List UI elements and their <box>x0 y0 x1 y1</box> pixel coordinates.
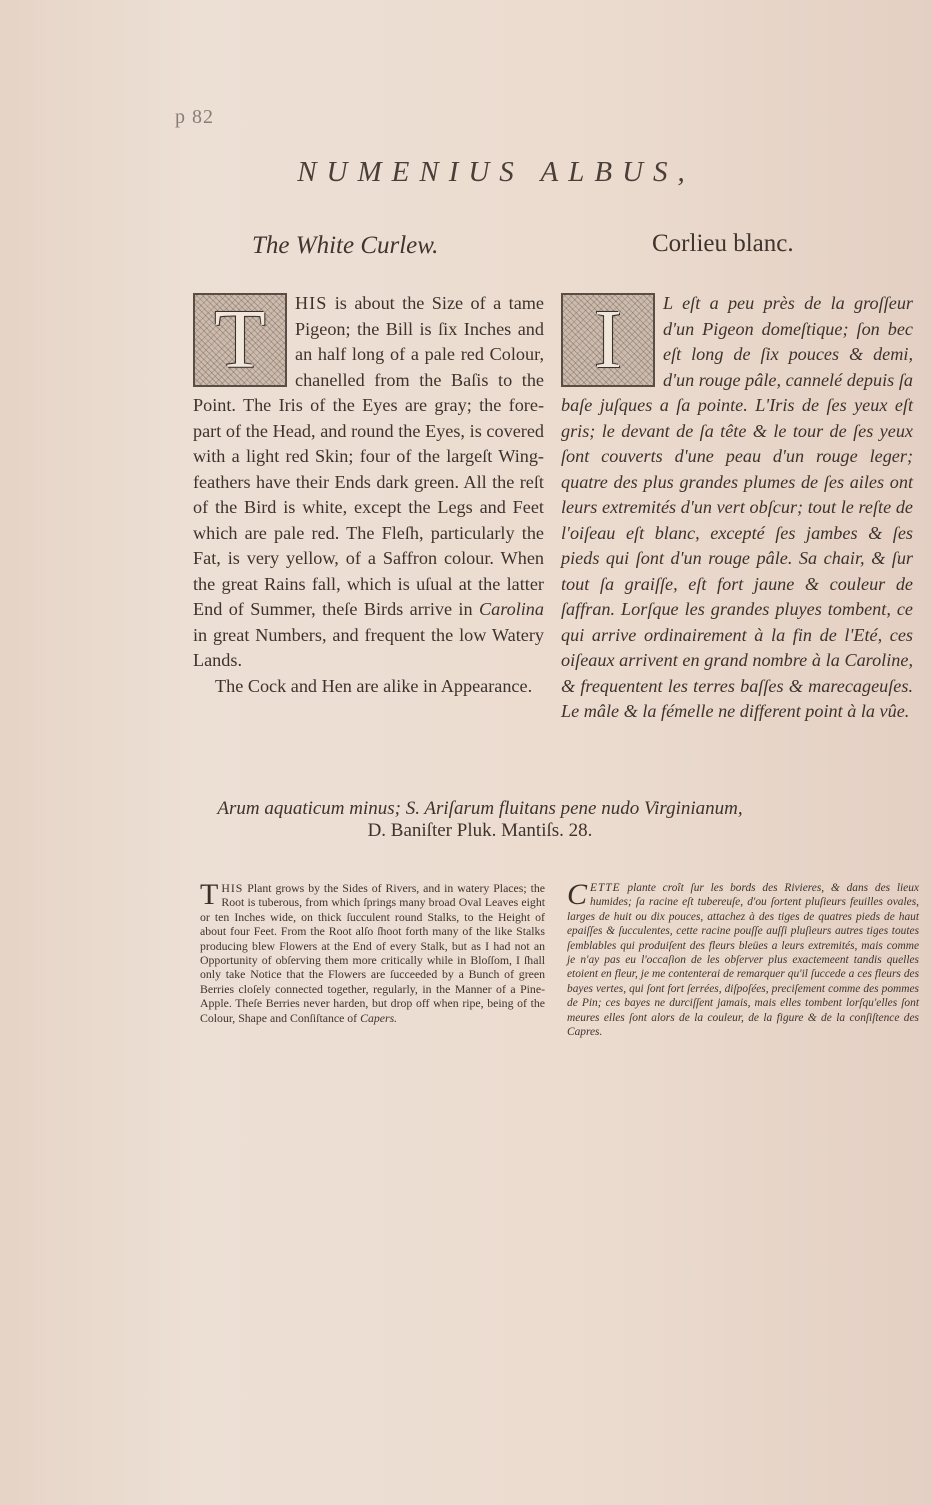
drop-cap-t: T <box>200 882 218 908</box>
bird-description-english: THIS is about the Size of a tame Pigeon;… <box>193 291 544 699</box>
plant-description-english: THIS Plant grows by the Sides of Rivers,… <box>200 881 545 1025</box>
bird-paragraph-2: The Cock and Hen are alike in Appearance… <box>193 674 544 700</box>
drop-cap-c: C <box>567 882 587 908</box>
bird-paragraph-french: IL eſt a peu près de la groſſeur d'un Pi… <box>561 291 913 725</box>
plant-text: Plant grows by the Sides of Rivers, and … <box>200 881 545 1025</box>
bird-description-french: IL eſt a peu près de la groſſeur d'un Pi… <box>561 291 913 725</box>
lead-word: HIS <box>295 293 327 313</box>
bird-text-end: in great Numbers, and frequent the low W… <box>193 625 544 671</box>
page-number: p 82 <box>175 106 214 129</box>
bird-paragraph-1: THIS is about the Size of a tame Pigeon;… <box>193 291 544 674</box>
ornamental-drop-cap-i-icon: I <box>561 293 655 387</box>
plant-caption: Arum aquaticum minus; S. Ariſarum fluita… <box>200 798 760 842</box>
plant-latin-name: Arum aquaticum minus; S. Ariſarum fluita… <box>200 798 760 820</box>
plant-text-french: plante croît ſur les bords des Rivieres,… <box>567 882 919 1038</box>
heading-english: The White Curlew. <box>252 232 438 260</box>
ornamental-drop-cap-t-icon: T <box>193 293 287 387</box>
page-title: NUMENIUS ALBUS, <box>0 156 932 189</box>
plant-text-end: Capers. <box>360 1011 397 1025</box>
plant-reference: D. Baniſter Pluk. Mantiſs. 28. <box>368 820 593 841</box>
lead-word: ETTE <box>590 882 621 894</box>
plant-description-french: CETTE plante croît ſur les bords des Riv… <box>567 881 919 1039</box>
lead-word: HIS <box>221 881 243 895</box>
heading-french: Corlieu blanc. <box>652 230 794 258</box>
place-name: Carolina <box>479 599 544 619</box>
